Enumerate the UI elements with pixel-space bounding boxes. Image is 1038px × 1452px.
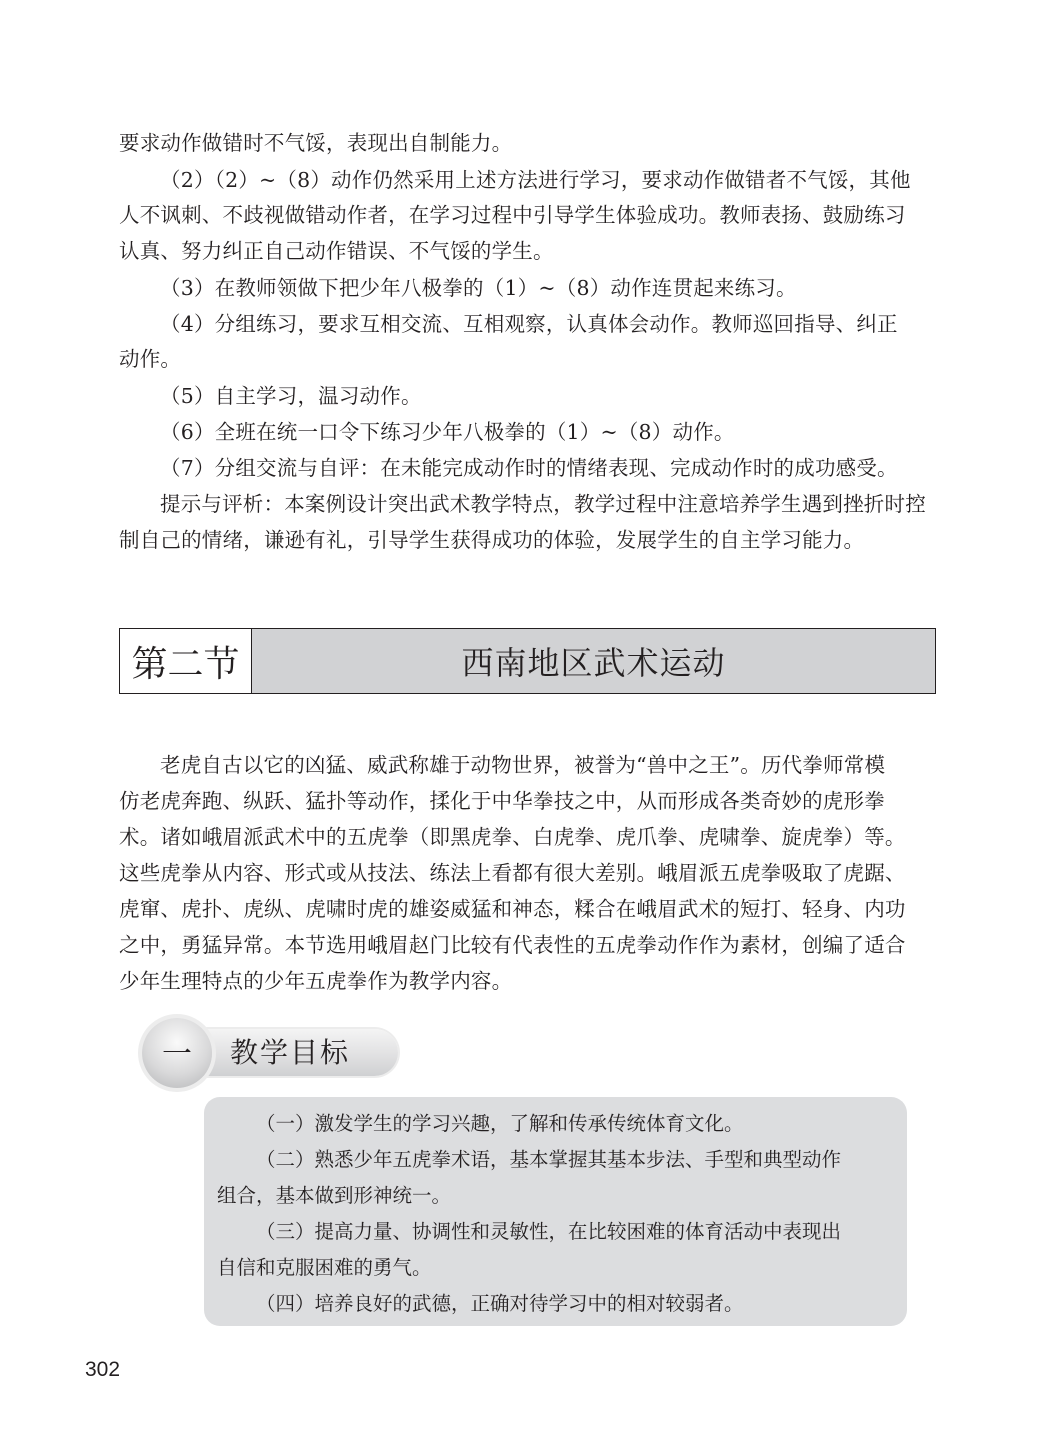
text-line: 之中，勇猛异常。本节选用峨眉赵门比较有代表性的五虎拳动作作为素材，创编了适合 [119, 933, 936, 957]
text-line: （5）自主学习，温习动作。 [160, 384, 422, 408]
text-line: 仿老虎奔跑、纵跃、猛扑等动作，揉化于中华拳技之中，从而形成各类奇妙的虎形拳 [119, 789, 936, 813]
subheading-number: 一 [162, 1029, 192, 1073]
text-line: 要求动作做错时不气馁，表现出自制能力。 [119, 131, 936, 155]
text-line: （2）（2）~（8）动作仍然采用上述方法进行学习，要求动作做错者不气馁，其他 [160, 168, 911, 192]
text-line: 制自己的情绪，谦逊有礼，引导学生获得成功的体验，发展学生的自主学习能力。 [119, 528, 936, 552]
subheading-number-badge: 一 [142, 1018, 212, 1088]
text-line: （4）分组练习，要求互相交流、互相观察，认真体会动作。教师巡回指导、纠正 [160, 312, 898, 336]
goal-item: （四）培养良好的武德，正确对待学习中的相对较弱者。 [256, 1292, 744, 1316]
section-number: 第二节 [120, 629, 252, 693]
text-line: 老虎自古以它的凶猛、威武称雄于动物世界，被誉为“兽中之王”。历代拳师常模 [160, 753, 885, 777]
section-title: 西南地区武术运动 [252, 629, 935, 693]
goal-item: 自信和克服困难的勇气。 [217, 1256, 432, 1280]
text-line: 人不讽刺、不歧视做错动作者，在学习过程中引导学生体验成功。教师表扬、鼓励练习 [119, 203, 936, 227]
page-number: 302 [85, 1358, 120, 1382]
text-line: 虎窜、虎扑、虎纵、虎啸时虎的雄姿威猛和神态，糅合在峨眉武术的短打、轻身、内功 [119, 897, 936, 921]
goal-item: 组合，基本做到形神统一。 [217, 1184, 451, 1208]
section-heading: 第二节 西南地区武术运动 [119, 628, 936, 694]
goal-item: （三）提高力量、协调性和灵敏性，在比较困难的体育活动中表现出 [256, 1220, 841, 1244]
text-line: （3）在教师领做下把少年八极拳的（1）~（8）动作连贯起来练习。 [160, 276, 797, 300]
goal-item: （二）熟悉少年五虎拳术语，基本掌握其基本步法、手型和典型动作 [256, 1148, 841, 1172]
text-line: 动作。 [119, 347, 936, 371]
text-line: （7）分组交流与自评：在未能完成动作时的情绪表现、完成动作时的成功感受。 [160, 456, 898, 480]
goal-item: （一）激发学生的学习兴趣，了解和传承传统体育文化。 [256, 1112, 744, 1136]
text-line: 少年生理特点的少年五虎拳作为教学内容。 [119, 969, 936, 993]
text-line: 提示与评析：本案例设计突出武术教学特点，教学过程中注意培养学生遇到挫折时控 [160, 492, 926, 516]
text-line: 认真、努力纠正自己动作错误、不气馁的学生。 [119, 239, 936, 263]
text-line: 术。诸如峨眉派武术中的五虎拳（即黑虎拳、白虎拳、虎爪拳、虎啸拳、旋虎拳）等。 [119, 825, 936, 849]
text-line: 这些虎拳从内容、形式或从技法、练法上看都有很大差别。峨眉派五虎拳吸取了虎踞、 [119, 861, 936, 885]
text-line: （6）全班在统一口令下练习少年八极拳的（1）~（8）动作。 [160, 420, 735, 444]
subheading-title: 教学目标 [230, 1034, 350, 1072]
